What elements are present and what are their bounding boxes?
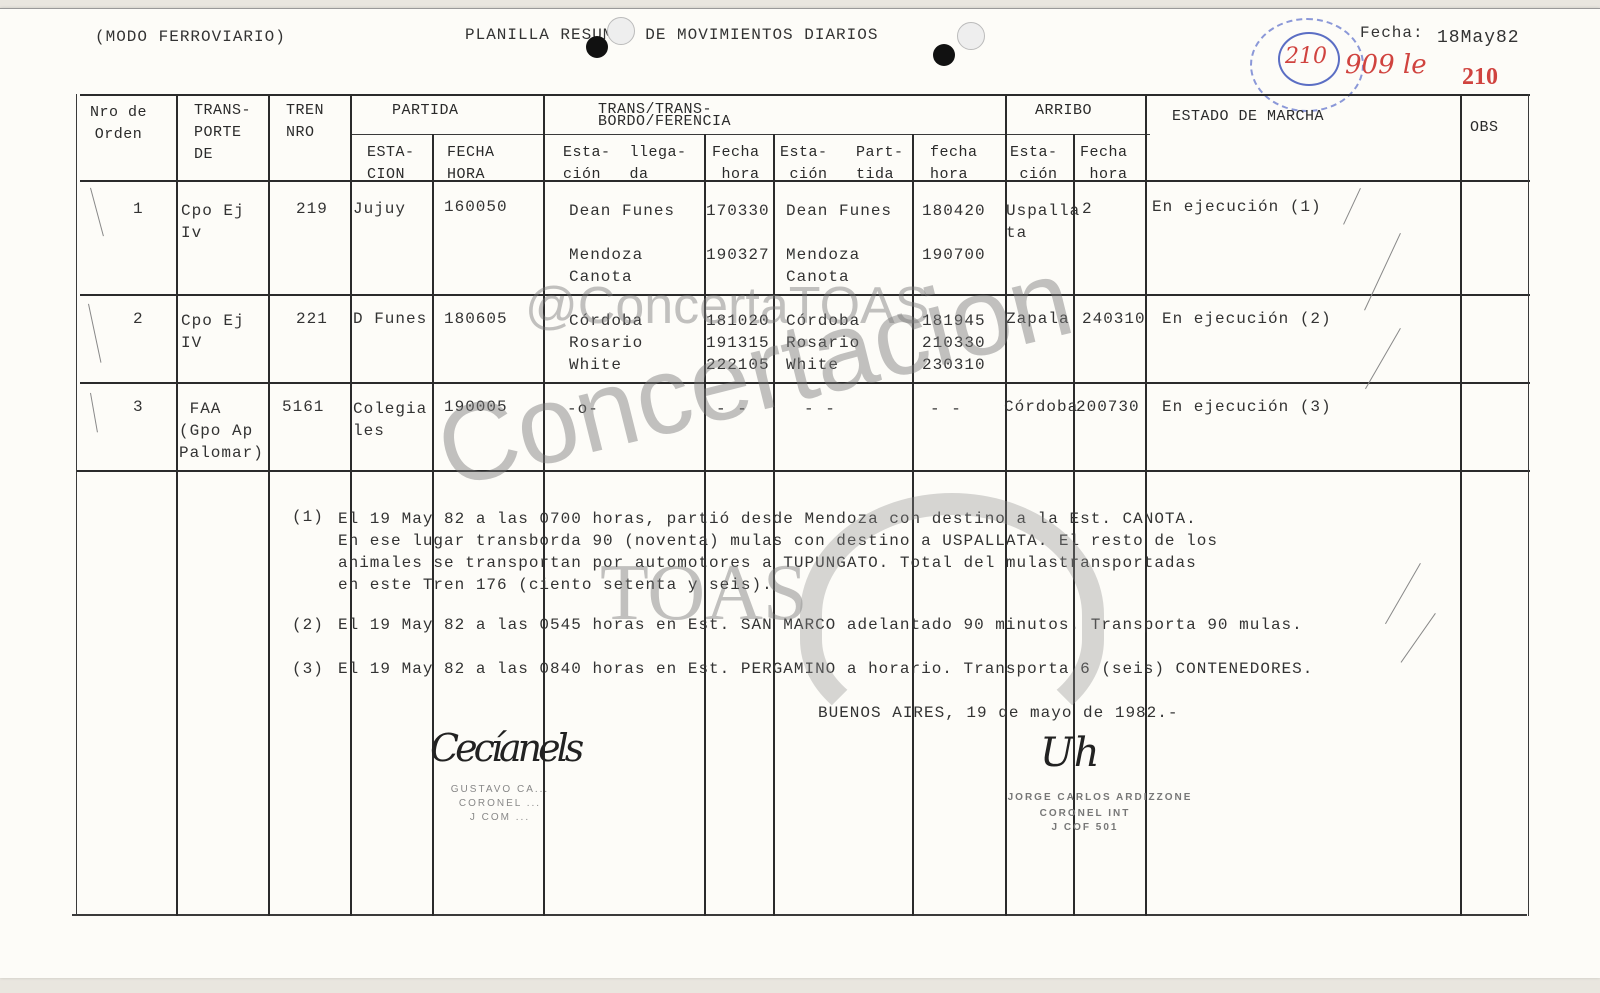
cell-trans-partida: Dean Funes Mendoza Canota [786,200,892,288]
cell-transporte: Cpo Ej Iv [181,200,245,244]
watermark-logo-icon [800,493,1104,737]
punch-hole-ring [957,22,985,50]
col-line [1528,94,1529,916]
cell-arribo-fecha: 200730 [1076,398,1140,416]
cell-partida-fecha: 180605 [444,310,508,328]
signature-right: Uh [1040,730,1099,776]
date-value: 18May82 [1437,28,1520,48]
header-partida-estacion: ESTA- CION [367,142,415,186]
header-arribo: ARRIBO [1035,102,1092,119]
cell-tren: 5161 [282,398,324,416]
cell-tren: 219 [296,200,328,218]
header-trans-estacion-llegada: Esta- llega- ción da [563,142,687,186]
red-number: 210 [1462,64,1498,91]
table-top-border [80,94,1530,96]
cell-transporte: Cpo Ej IV [181,310,245,354]
note-ref: (1) [292,508,324,526]
col-line [268,94,270,916]
cell-nro: 1 [133,200,144,218]
header-tren: TREN NRO [286,100,324,144]
date-label: Fecha: [1360,24,1424,42]
check-mark-icon [88,304,101,363]
header-obs: OBS [1470,119,1499,136]
header-arribo-fecha: Fecha hora [1080,142,1128,186]
check-mark-icon [1385,563,1421,624]
cell-arribo-fecha: 240310 [1082,310,1146,328]
cell-arribo-fecha: 2 [1082,200,1093,218]
header-estado: ESTADO DE MARCHA [1172,108,1324,125]
check-mark-icon [1365,328,1401,389]
punch-hole [933,44,955,66]
col-line [1460,94,1462,916]
cell-estado: En ejecución (1) [1152,198,1322,216]
cell-partida-estacion: Colegia les [353,398,427,442]
header-trans-estacion-partida: Esta- Part- ción tida [780,142,904,186]
signature-left: Cecíanels [430,726,580,770]
punch-hole [586,36,608,58]
signer-left-unit: J COM ... [430,812,570,823]
stamp-number: 210 [1285,44,1327,69]
page-title: PLANILLA RESUMEN DE MOVIMIENTOS DIARIOS [465,26,878,44]
check-mark-icon [1401,613,1436,663]
cell-trans-llegada: Dean Funes Mendoza Canota [569,200,675,288]
cell-tren: 221 [296,310,328,328]
header-trans: TRANS/TRANS- BORDO/FERENCIA [598,104,731,128]
handwritten-ref: 909 le [1345,50,1427,80]
punch-hole-ring [607,17,635,45]
document-sheet: (MODO FERROVIARIO) PLANILLA RESUMEN DE M… [0,8,1600,978]
cell-transporte: FAA (Gpo Ap Palomar) [179,398,264,464]
header-trans-fecha-hora-2: fecha hora [930,142,978,186]
cell-arribo-estacion: Córdoba [1004,398,1078,416]
cell-estado: En ejecución (3) [1162,398,1332,416]
header-transporte: TRANS- PORTE DE [194,100,251,166]
signer-left-name: GUSTAVO CA... [430,784,570,795]
signer-right-unit: J COF 501 [1000,822,1170,833]
cell-partida-estacion: D Funes [353,310,427,328]
header-partida: PARTIDA [392,102,459,119]
cell-nro: 2 [133,310,144,328]
mode-label: (MODO FERROVIARIO) [95,28,286,46]
watermark-sub: TOAS [600,548,807,639]
table-bottom-border [72,914,1527,916]
header-partida-fecha: FECHA HORA [447,142,495,186]
check-mark-icon [1343,188,1361,225]
col-line [176,94,178,916]
check-mark-icon [1364,233,1401,310]
check-mark-icon [90,188,104,237]
page-edge [0,8,1600,9]
note-ref: (2) [292,616,324,634]
header-trans-fecha-hora: Fecha hora [712,142,760,186]
cell-estado: En ejecución (2) [1162,310,1332,328]
header-arribo-estacion: Esta- ción [1010,142,1058,186]
signer-right-name: JORGE CARLOS ARDIZZONE [1000,792,1200,803]
header-nro-orden: Nro de Orden [90,102,147,146]
cell-trans-partida-hora: - - [930,400,962,418]
cell-partida-estacion: Jujuy [353,200,406,218]
cell-partida-fecha: 160050 [444,198,508,216]
row-divider [76,470,1530,472]
note-ref: (3) [292,660,324,678]
signer-right-rank: CORONEL INT [1000,808,1170,819]
subheader-divider [350,134,1150,135]
col-line [76,94,77,916]
col-line [350,94,352,916]
cell-nro: 3 [133,398,144,416]
cell-trans-llegada-hora: 170330 190327 [706,200,770,266]
signer-left-rank: CORONEL ... [430,798,570,809]
check-mark-icon [90,393,98,433]
